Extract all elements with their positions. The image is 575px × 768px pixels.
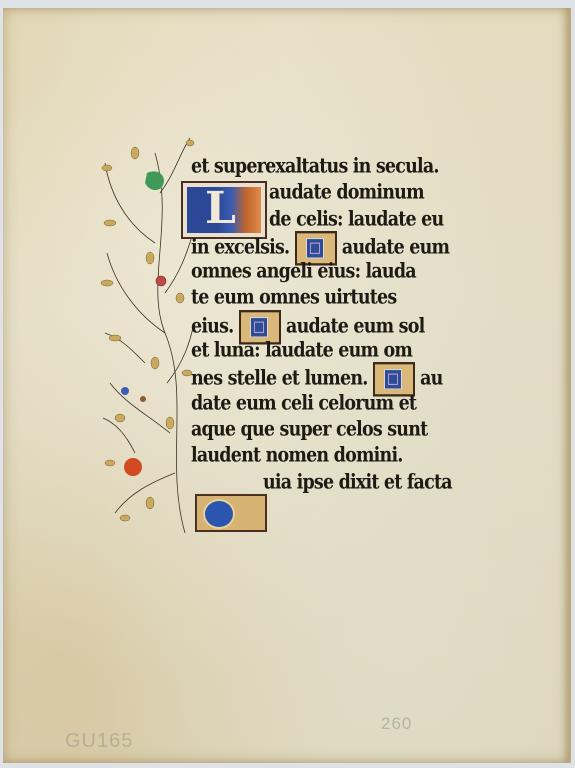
illuminated-initial-q [195,494,267,532]
floral-border-vine [95,133,195,533]
red-fruit [124,458,142,476]
text-line-2: audate dominum [191,178,441,208]
green-leaf [145,171,164,190]
text-line-12: laudent nomen domini. [191,441,441,471]
blue-flower [121,387,129,395]
text-block: et superexaltatus in secula. audate domi… [191,154,441,496]
folio-number-pencil: 260 [381,714,412,734]
red-flower [156,276,166,286]
manuscript-leaf: L et superexaltatus in secula. audate do… [3,8,571,763]
shelfmark-pencil: GU165 [65,730,133,753]
